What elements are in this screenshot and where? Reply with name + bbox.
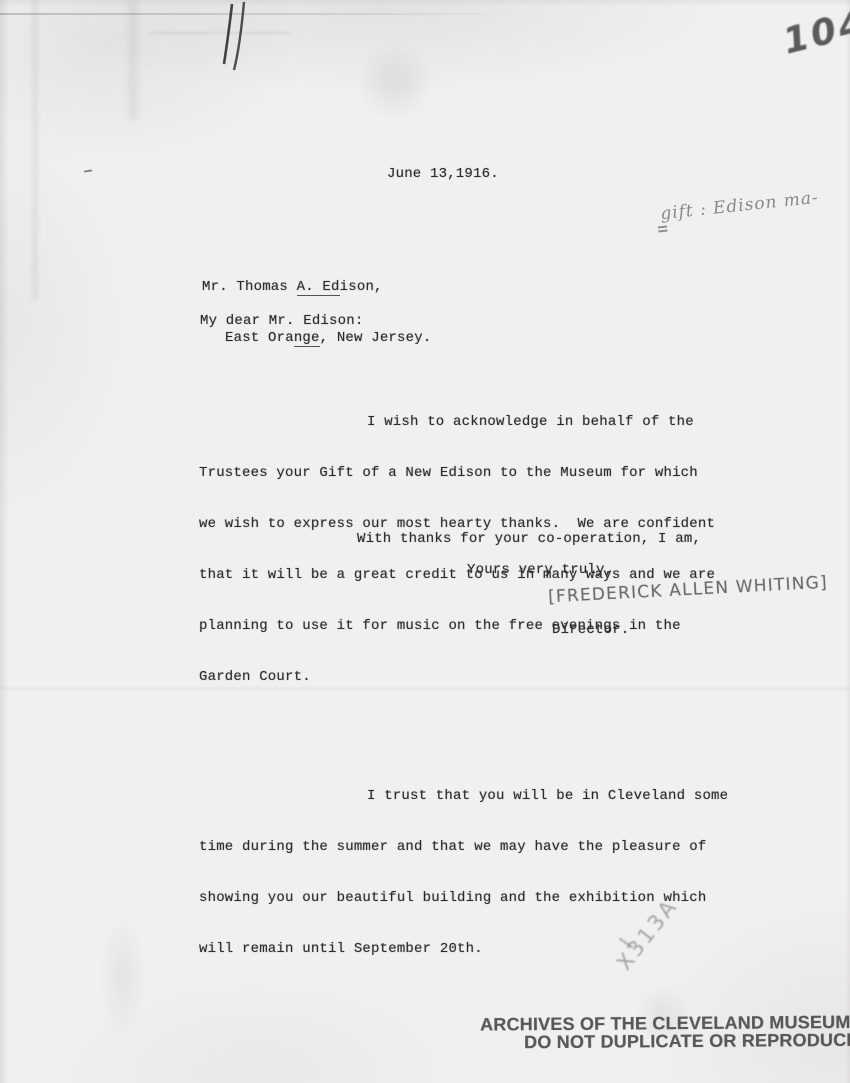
streak-left [32,0,38,300]
letter-body: I wish to acknowledge in behalf of the T… [199,346,728,1009]
bleedthrough-bottom-left [100,918,145,1033]
recipient-line-1: Mr. Thomas A. Edison, [202,279,431,296]
pencil-note: gift : Edison ma- [659,188,819,225]
closing-line: With thanks for your co-operation, I am, [357,531,701,548]
pencil-note-underline [658,226,667,228]
letter-line: planning to use it for music on the free… [199,618,728,635]
letter-line: time during the summer and that we may h… [199,839,728,856]
bleedthrough-top [355,42,435,122]
paragraph-1: I wish to acknowledge in behalf of the T… [199,380,728,720]
signer-title: Director. [552,622,629,639]
letter-line: I wish to acknowledge in behalf of the [199,414,728,431]
letter-date: June 13,1916. [387,166,499,183]
valediction: Yours very truly, [467,562,613,579]
streak-left-2 [128,0,138,120]
letter-line: showing you our beautiful building and t… [199,890,728,907]
margin-tick [84,169,92,172]
letter-line: Trustees your Gift of a New Edison to th… [199,465,728,482]
page-number-annotation: 104 [779,2,850,62]
letter-line: Garden Court. [199,669,728,686]
recipient-line-2: East Orange, New Jersey. [202,330,431,347]
salutation: My dear Mr. Edison: [200,313,363,330]
paragraph-2: I trust that you will be in Cleveland so… [199,754,728,992]
pen-strokes [210,0,270,80]
archive-stamp-line-2: DO NOT DUPLICATE OR REPRODUCE [524,1030,850,1053]
letter-line: I trust that you will be in Cleveland so… [199,788,728,805]
